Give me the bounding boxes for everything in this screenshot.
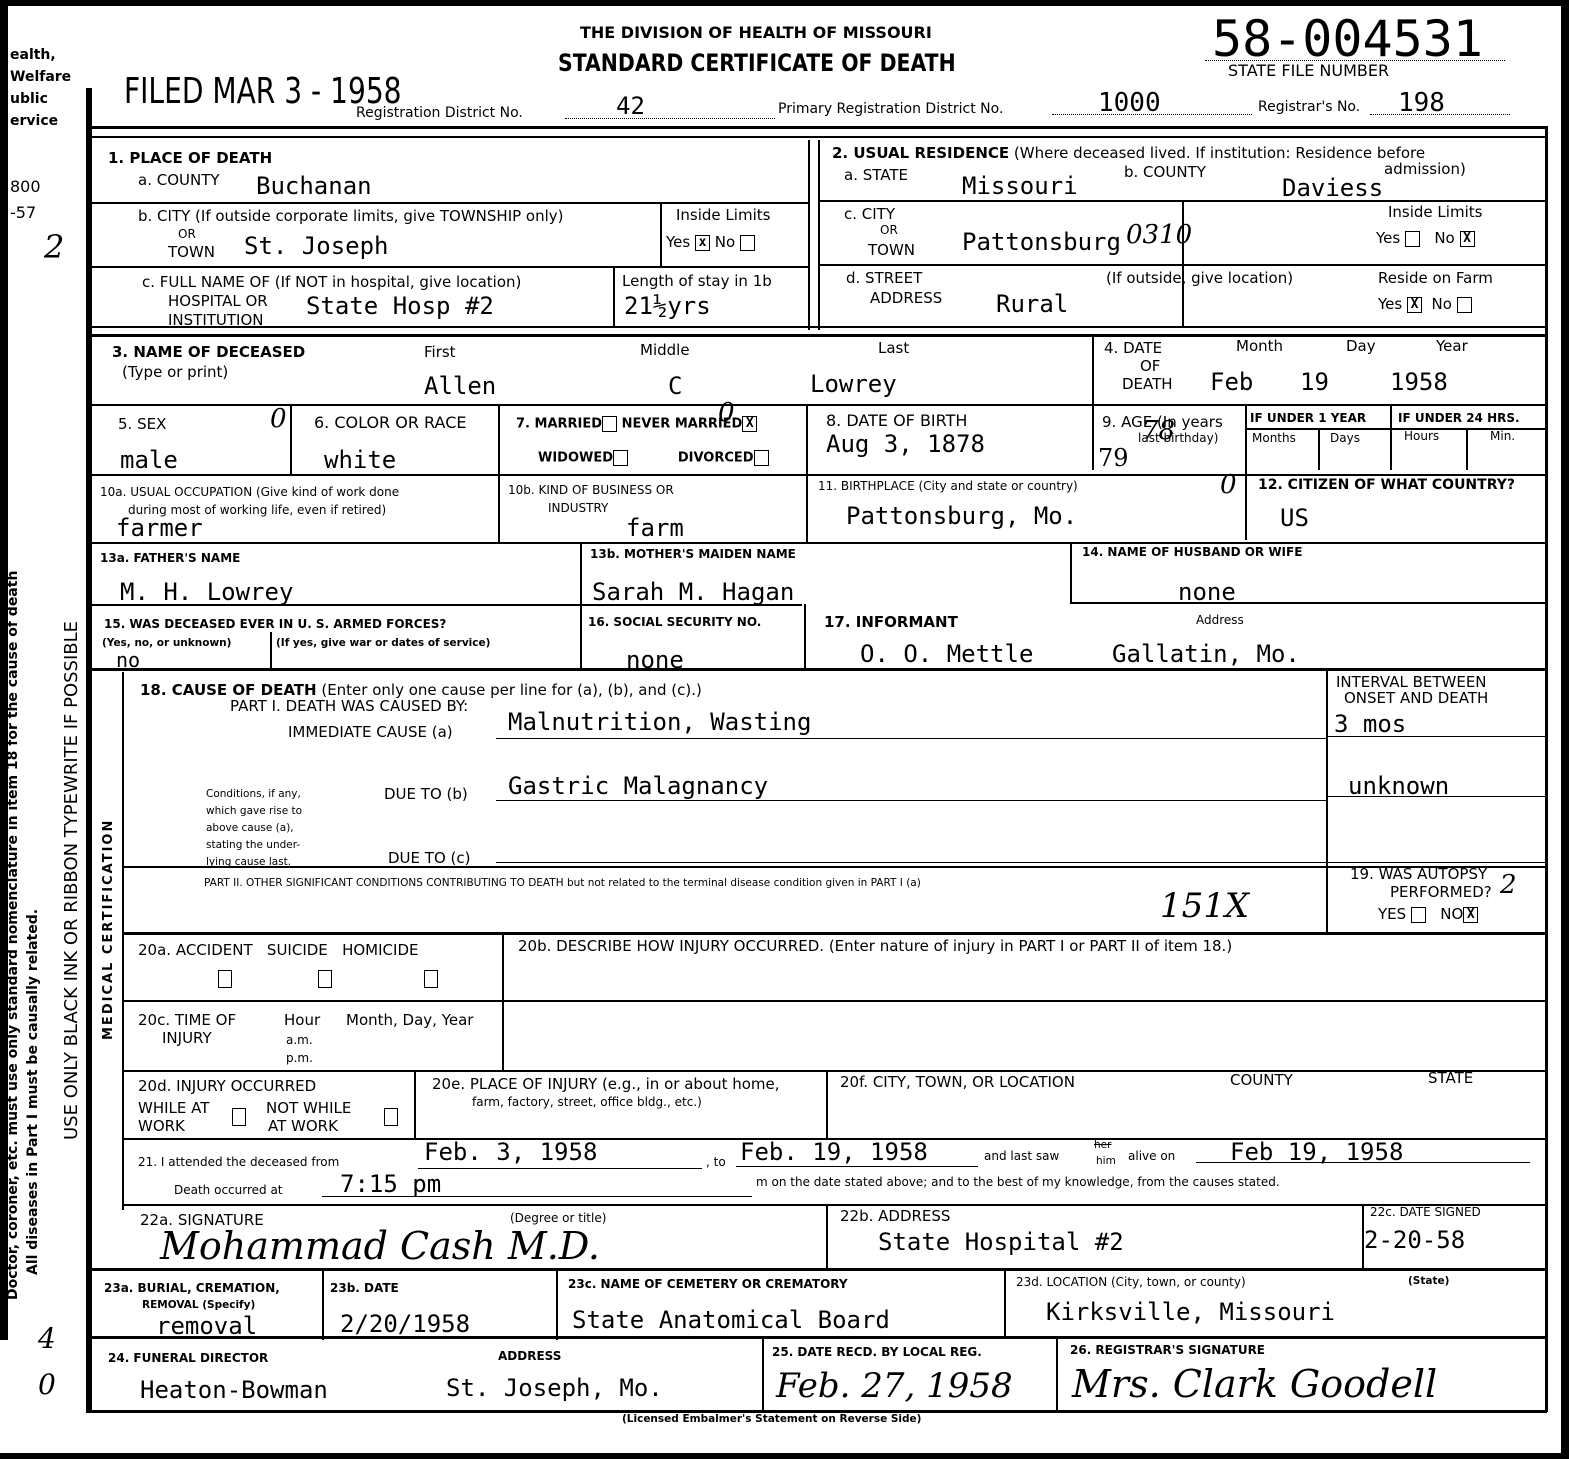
registrar-no-value: 198 xyxy=(1398,90,1445,116)
rule xyxy=(92,334,1547,337)
res-street-label2: ADDRESS xyxy=(870,290,942,307)
birthplace-label: 11. BIRTHPLACE (City and state or countr… xyxy=(818,480,1078,493)
divider xyxy=(613,266,615,326)
dod-year: 1958 xyxy=(1390,370,1448,394)
res-state-label: a. STATE xyxy=(844,167,908,184)
am-label: a.m. xyxy=(286,1034,313,1047)
pod-county-label: a. COUNTY xyxy=(138,172,220,189)
her-label: her xyxy=(1094,1140,1111,1152)
not-while-label: NOT WHILE xyxy=(266,1100,351,1117)
res-county-label: b. COUNTY xyxy=(1124,164,1206,181)
married-label: MARRIED xyxy=(535,417,603,432)
armed-label: 15. WAS DECEASED EVER IN U. S. ARMED FOR… xyxy=(104,618,446,631)
rule xyxy=(122,1070,1547,1072)
divider xyxy=(1070,542,1072,604)
note-line: which gave rise to xyxy=(206,803,302,820)
autopsy-label2: PERFORMED? xyxy=(1390,884,1492,901)
yes-label: Yes xyxy=(1378,295,1402,313)
dod-label-2: OF xyxy=(1140,358,1160,375)
rule xyxy=(1070,602,1547,604)
homicide-checkbox[interactable] xyxy=(424,970,438,988)
marital-hand: 0 xyxy=(718,398,735,428)
rule xyxy=(92,126,1547,129)
divider xyxy=(1182,200,1184,326)
part1-label: PART I. DEATH WAS CAUSED BY: xyxy=(230,698,468,715)
no-label: NO xyxy=(1440,905,1463,923)
divider xyxy=(1092,404,1094,470)
injury-state-label: STATE xyxy=(1428,1070,1473,1087)
min-label: Min. xyxy=(1490,430,1515,443)
while-at-work-checkbox[interactable] xyxy=(232,1108,246,1126)
marital-number: 7. xyxy=(516,417,530,432)
field-line xyxy=(1370,114,1510,115)
field-line xyxy=(418,1168,702,1169)
sex-hand: 0 xyxy=(270,404,287,434)
attended-label: 21. I attended the deceased from xyxy=(138,1156,339,1169)
hours-label: Hours xyxy=(1404,430,1439,443)
death-at-label: Death occurred at xyxy=(174,1184,283,1197)
place-injury-label2: farm, factory, street, office bldg., etc… xyxy=(472,1096,702,1109)
conditions-note: Conditions, if any, which gave rise to a… xyxy=(206,786,302,871)
divider xyxy=(414,1070,416,1138)
ssn-value: none xyxy=(626,648,684,672)
margin-line: ublic xyxy=(10,88,71,110)
suicide-checkbox[interactable] xyxy=(318,970,332,988)
first-name: Allen xyxy=(424,374,496,398)
name-heading: 3. NAME OF DECEASED xyxy=(112,344,305,361)
divider xyxy=(556,1270,558,1340)
spouse-label: 14. NAME OF HUSBAND OR WIFE xyxy=(1082,546,1302,559)
divider xyxy=(1004,1270,1006,1336)
field-line xyxy=(496,738,1326,739)
under-year-label: IF UNDER 1 YEAR xyxy=(1250,412,1366,425)
occurred-label: 20d. INJURY OCCURRED xyxy=(138,1078,316,1095)
hour-label: Hour xyxy=(284,1012,320,1029)
sex-label: 5. SEX xyxy=(118,416,166,433)
divider xyxy=(1245,404,1247,540)
autopsy-label: 19. WAS AUTOPSY xyxy=(1350,866,1487,883)
dod-day-label: Day xyxy=(1346,338,1376,355)
res-city-label: c. CITY xyxy=(844,206,895,223)
injury-city-label: 20f. CITY, TOWN, OR LOCATION xyxy=(840,1074,1075,1091)
medical-certification-label: MEDICAL CERTIFICATION xyxy=(102,819,116,1040)
death-time: 7:15 pm xyxy=(340,1172,441,1196)
work-label: WORK xyxy=(138,1118,185,1135)
rule xyxy=(124,866,1547,868)
never-married-checkbox[interactable]: X xyxy=(742,416,757,432)
pod-city-town: TOWN xyxy=(168,244,215,261)
funeral-director-value: Heaton-Bowman xyxy=(140,1378,328,1402)
birthplace-hand: 0 xyxy=(1220,470,1237,500)
usual-residence-heading: 2. USUAL RESIDENCE (Where deceased lived… xyxy=(832,145,1425,162)
citizen-label: 12. CITIZEN OF WHAT COUNTRY? xyxy=(1258,478,1515,493)
res-county-value: Daviess xyxy=(1282,176,1383,200)
injury-type-number: 20a. xyxy=(138,941,171,959)
stay-label: Length of stay in 1b xyxy=(622,273,772,290)
divider xyxy=(804,604,806,670)
rule xyxy=(92,136,1547,138)
time-injury-label2: INJURY xyxy=(162,1030,212,1047)
field-line xyxy=(1052,114,1252,115)
interval-b: unknown xyxy=(1348,774,1449,798)
rule xyxy=(92,326,1547,328)
divorced-checkbox[interactable] xyxy=(754,450,769,466)
funeral-address-value: St. Joseph, Mo. xyxy=(446,1376,663,1400)
dod-day: 19 xyxy=(1300,370,1329,394)
divider xyxy=(1326,670,1328,932)
autopsy-no-checkbox[interactable]: X xyxy=(1463,907,1478,923)
pod-hospital-value: State Hosp #2 xyxy=(306,294,494,318)
funeral-director-label: 24. FUNERAL DIRECTOR xyxy=(108,1352,268,1365)
no-label: No xyxy=(1434,229,1454,247)
page-border-bottom xyxy=(0,1453,1569,1459)
stay-value: 21½yrs xyxy=(624,294,711,318)
date-received-label: 25. DATE RECD. BY LOCAL REG. xyxy=(772,1346,982,1359)
field-line xyxy=(565,118,775,119)
burial-date-value: 2/20/1958 xyxy=(340,1312,470,1336)
margin-hand-mark: 2 xyxy=(44,228,64,266)
note-line: Conditions, if any, xyxy=(206,786,302,803)
yes-label: YES xyxy=(1378,905,1406,923)
note-line: lying cause last. xyxy=(206,854,302,871)
pod-city-label: b. CITY (If outside corporate limits, gi… xyxy=(138,208,564,225)
pod-inside-limits-label: Inside Limits xyxy=(676,207,770,224)
res-street-note: (If outside, give location) xyxy=(1106,270,1293,287)
margin-agency-text: ealth, Welfare ublic ervice xyxy=(10,44,71,132)
last-saw-label: and last saw xyxy=(984,1150,1059,1163)
typewrite-note: USE ONLY BLACK INK OR RIBBON TYPEWRITE I… xyxy=(62,621,82,1140)
form-left-bar xyxy=(86,88,92,1413)
res-farm-label: Reside on Farm xyxy=(1378,270,1493,287)
registrar-no-label: Registrar's No. xyxy=(1258,100,1360,115)
inside-limits-no-checkbox[interactable] xyxy=(740,235,755,251)
place-injury-label: 20e. PLACE OF INJURY (e.g., in or about … xyxy=(432,1076,780,1093)
margin-line: ervice xyxy=(10,110,71,132)
res-city-code-hand: 0310 xyxy=(1126,220,1192,250)
field-line xyxy=(322,1196,752,1197)
burial-location-label: 23d. LOCATION (City, town, or county) xyxy=(1016,1276,1246,1289)
divider xyxy=(502,934,504,1070)
divider xyxy=(762,1338,764,1410)
divider xyxy=(322,1270,324,1340)
informant-value: O. O. Mettle xyxy=(860,642,1033,666)
margin-hand-mark: 4 xyxy=(38,1322,56,1355)
race-label: 6. COLOR OR RACE xyxy=(314,414,466,432)
divider xyxy=(270,632,272,670)
father-label: 13a. FATHER'S NAME xyxy=(100,552,240,565)
autopsy-yes-checkbox[interactable] xyxy=(1411,907,1426,923)
no-label: No xyxy=(715,233,735,251)
interval-a: 3 mos xyxy=(1334,712,1406,736)
certificate-title: STANDARD CERTIFICATE OF DEATH xyxy=(558,50,956,76)
business-label: 10b. KIND OF BUSINESS OR xyxy=(508,484,674,497)
divider xyxy=(808,140,810,330)
due-b-value: Gastric Malagnancy xyxy=(508,774,768,798)
res-inside-limits-no-checkbox[interactable]: X xyxy=(1460,231,1475,247)
pod-city-or: OR xyxy=(178,228,196,241)
occupation-value: farmer xyxy=(116,516,203,540)
burial-type-label2: REMOVAL (Specify) xyxy=(142,1300,255,1312)
burial-type-value: removal xyxy=(156,1314,257,1338)
dod-label-1: 4. DATE xyxy=(1104,340,1162,357)
res-inside-limits-label: Inside Limits xyxy=(1388,204,1482,221)
age-hand: 78 xyxy=(1142,416,1175,446)
under-24-label: IF UNDER 24 HRS. xyxy=(1398,412,1520,425)
res-city-or: OR xyxy=(880,224,898,237)
res-city-town: TOWN xyxy=(868,242,915,259)
armed-value: no xyxy=(116,650,140,670)
note-line: above cause (a), xyxy=(206,820,302,837)
rule xyxy=(92,668,1547,671)
middle-label: Middle xyxy=(640,342,690,359)
business-label2: INDUSTRY xyxy=(548,502,608,515)
address-22b-value: State Hospital #2 xyxy=(878,1230,1124,1254)
dod-month-label: Month xyxy=(1236,338,1283,355)
business-value: farm xyxy=(626,516,684,540)
margin-hand-mark: 0 xyxy=(38,1368,56,1401)
informant-address: Gallatin, Mo. xyxy=(1112,642,1300,666)
birthplace-value: Pattonsburg, Mo. xyxy=(846,504,1077,528)
due-c-label: DUE TO (c) xyxy=(388,850,470,867)
rule xyxy=(92,404,1547,406)
autopsy-options: YES NOX xyxy=(1378,906,1478,923)
rule xyxy=(92,202,808,204)
pod-inside-limits: Yes x No xyxy=(666,234,755,251)
funeral-address-label: ADDRESS xyxy=(498,1350,561,1363)
rule xyxy=(92,474,1547,476)
date-received-value: Feb. 27, 1958 xyxy=(776,1366,1013,1406)
attended-to: Feb. 19, 1958 xyxy=(740,1140,928,1164)
dod-year-label: Year xyxy=(1436,338,1468,355)
res-inside-limits: Yes No X xyxy=(1376,230,1475,247)
pm-label: p.m. xyxy=(286,1052,313,1065)
divorced-label: DIVORCED xyxy=(678,451,754,466)
mother-value: Sarah M. Hagan xyxy=(592,580,794,604)
page-border-right xyxy=(1561,0,1569,1459)
sex-value: male xyxy=(120,448,178,472)
date-signed-value: 2-20-58 xyxy=(1364,1228,1465,1252)
him-label: him xyxy=(1096,1156,1116,1168)
dod-month: Feb xyxy=(1210,370,1253,394)
divider xyxy=(806,404,808,542)
dob-label: 8. DATE OF BIRTH xyxy=(826,412,967,430)
describe-injury-label: 20b. DESCRIBE HOW INJURY OCCURRED. (Ente… xyxy=(518,938,1232,955)
divider xyxy=(1390,404,1392,470)
first-label: First xyxy=(424,344,456,361)
injury-type-labels: 20a. ACCIDENT SUICIDE HOMICIDE xyxy=(138,942,418,959)
divider xyxy=(1056,1338,1058,1410)
divider xyxy=(818,140,820,330)
field-line xyxy=(1328,796,1547,797)
stated-label: m on the date stated above; and to the b… xyxy=(756,1176,1280,1189)
ssn-label: 16. SOCIAL SECURITY NO. xyxy=(588,616,761,629)
margin-line: Welfare xyxy=(10,66,71,88)
rule xyxy=(92,542,1547,544)
informant-label: 17. INFORMANT xyxy=(824,614,958,631)
armed-sub2: (If yes, give war or dates of service) xyxy=(276,638,490,650)
margin-instruction-nomenclature: Doctor, coroner, etc. must use only stan… xyxy=(6,571,21,1300)
spouse-value: none xyxy=(1178,580,1236,604)
residence-note-2: admission) xyxy=(1384,161,1466,178)
immediate-label: IMMEDIATE CAUSE (a) xyxy=(288,724,453,741)
homicide-label: HOMICIDE xyxy=(342,941,418,959)
farm-yes-checkbox[interactable]: X xyxy=(1407,297,1422,313)
rule xyxy=(92,1268,1547,1271)
last-label: Last xyxy=(878,340,909,357)
citizen-value: US xyxy=(1280,506,1309,530)
divider xyxy=(1466,428,1468,470)
accident-checkbox[interactable] xyxy=(218,970,232,988)
form-right-edge xyxy=(1545,126,1548,1412)
address-22b-label: 22b. ADDRESS xyxy=(840,1208,950,1225)
state-file-number-label: STATE FILE NUMBER xyxy=(1228,62,1389,80)
field-line xyxy=(736,1166,978,1167)
autopsy-hand: 2 xyxy=(1500,870,1517,900)
burial-location-value: Kirksville, Missouri xyxy=(1046,1300,1335,1324)
divider xyxy=(826,1070,828,1138)
pod-hospital-label3: INSTITUTION xyxy=(168,312,264,329)
accident-label: ACCIDENT xyxy=(176,941,253,959)
while-at-label: WHILE AT xyxy=(138,1100,209,1117)
res-city-value: Pattonsburg xyxy=(962,230,1121,254)
page-border-top xyxy=(0,0,1569,6)
place-of-death-heading: 1. PLACE OF DEATH xyxy=(108,150,272,167)
suicide-label: SUICIDE xyxy=(267,941,328,959)
divider xyxy=(1318,428,1320,470)
res-street-label: d. STREET xyxy=(846,270,922,287)
margin-code-line: -57 xyxy=(10,200,41,226)
residence-note: (Where deceased lived. If institution: R… xyxy=(1014,144,1425,162)
res-inside-limits-yes-checkbox[interactable] xyxy=(1405,231,1420,247)
pod-city-value: St. Joseph xyxy=(244,234,389,258)
physician-signature: Mohammad Cash M.D. xyxy=(160,1224,600,1268)
margin-code-line: 800 xyxy=(10,174,41,200)
part2-hand: 151X xyxy=(1160,886,1249,926)
mdy-label: Month, Day, Year xyxy=(346,1012,473,1029)
res-street-value: Rural xyxy=(996,292,1068,316)
occupation-label: 10a. USUAL OCCUPATION (Give kind of work… xyxy=(100,486,399,499)
state-file-number: 58-004531 xyxy=(1212,14,1483,64)
race-value: white xyxy=(324,448,396,472)
months-label: Months xyxy=(1252,432,1296,445)
margin-line: ealth, xyxy=(10,44,71,66)
alive-label: alive on xyxy=(1128,1150,1175,1163)
yes-label: Yes xyxy=(666,233,690,251)
injury-county-label: COUNTY xyxy=(1230,1072,1293,1089)
widowed-label: WIDOWED xyxy=(538,451,613,466)
registration-district-value: 42 xyxy=(616,94,645,118)
yes-label: Yes xyxy=(1376,229,1400,247)
time-injury-label: 20c. TIME OF xyxy=(138,1012,236,1029)
field-line xyxy=(1196,1162,1530,1163)
no-label: No xyxy=(1432,295,1452,313)
immediate-value: Malnutrition, Wasting xyxy=(508,710,811,734)
divider xyxy=(660,202,662,266)
burial-date-label: 23b. DATE xyxy=(330,1282,399,1295)
dod-label-3: DEATH xyxy=(1122,376,1173,393)
field-line xyxy=(1328,736,1547,737)
rule xyxy=(122,932,1547,935)
res-farm: Yes X No xyxy=(1378,296,1472,313)
divider xyxy=(826,1204,828,1268)
middle-name: C xyxy=(668,374,682,398)
cemetery-label: 23c. NAME OF CEMETERY OR CREMATORY xyxy=(568,1278,848,1291)
field-line xyxy=(496,862,1547,863)
footer-note: (Licensed Embalmer's Statement on Revers… xyxy=(622,1414,921,1426)
mother-label: 13b. MOTHER'S MAIDEN NAME xyxy=(590,548,796,561)
married-checkbox[interactable] xyxy=(602,416,617,432)
age-value: 79 xyxy=(1098,446,1129,470)
pod-hospital-label2: HOSPITAL OR xyxy=(168,293,268,310)
burial-type-label: 23a. BURIAL, CREMATION, xyxy=(104,1282,280,1295)
last-name: Lowrey xyxy=(810,372,897,396)
registration-district-label: Registration District No. xyxy=(356,106,523,121)
field-line xyxy=(496,800,1326,801)
divider xyxy=(580,542,582,670)
burial-state-label: (State) xyxy=(1408,1276,1449,1288)
father-value: M. H. Lowrey xyxy=(120,580,293,604)
widowed-checkbox[interactable] xyxy=(613,450,628,466)
divider xyxy=(1092,336,1094,410)
date-signed-label: 22c. DATE SIGNED xyxy=(1370,1206,1481,1219)
primary-district-value: 1000 xyxy=(1098,90,1161,116)
due-b-label: DUE TO (b) xyxy=(384,786,468,803)
at-work-label: AT WORK xyxy=(268,1118,338,1135)
rule xyxy=(122,1000,1547,1002)
attended-from: Feb. 3, 1958 xyxy=(424,1140,597,1164)
interval-label2: ONSET AND DEATH xyxy=(1344,690,1488,707)
to-label: , to xyxy=(706,1156,726,1169)
divider xyxy=(122,672,124,1210)
res-state-value: Missouri xyxy=(962,174,1078,198)
not-while-at-work-checkbox[interactable] xyxy=(384,1108,398,1126)
registrar-signature-label: 26. REGISTRAR'S SIGNATURE xyxy=(1070,1344,1265,1357)
days-label: Days xyxy=(1330,432,1360,445)
rule xyxy=(92,1336,1547,1339)
inside-limits-yes-checkbox[interactable]: x xyxy=(695,235,710,251)
name-note: (Type or print) xyxy=(122,364,228,381)
marital-status-2: WIDOWED DIVORCED xyxy=(538,450,769,466)
pod-hospital-label: c. FULL NAME OF (If NOT in hospital, giv… xyxy=(142,274,521,291)
informant-address-label: Address xyxy=(1196,614,1244,627)
cemetery-value: State Anatomical Board xyxy=(572,1308,890,1332)
margin-instruction-causally: All diseases in Part I must be causally … xyxy=(26,909,41,1275)
margin-code: 800 -57 xyxy=(10,174,41,226)
note-line: stating the under- xyxy=(206,837,302,854)
farm-no-checkbox[interactable] xyxy=(1457,297,1472,313)
registrar-signature: Mrs. Clark Goodell xyxy=(1072,1362,1437,1406)
residence-heading: 2. USUAL RESIDENCE xyxy=(832,144,1009,162)
pod-county-value: Buchanan xyxy=(256,174,372,198)
primary-district-label: Primary Registration District No. xyxy=(778,102,1003,117)
division-title: THE DIVISION OF HEALTH OF MISSOURI xyxy=(580,24,932,42)
part2-label: PART II. OTHER SIGNIFICANT CONDITIONS CO… xyxy=(204,878,921,890)
rule xyxy=(122,1204,1547,1206)
rule xyxy=(92,266,808,268)
dob-value: Aug 3, 1878 xyxy=(826,432,985,456)
divider xyxy=(290,404,292,474)
alive-on: Feb 19, 1958 xyxy=(1230,1140,1403,1164)
